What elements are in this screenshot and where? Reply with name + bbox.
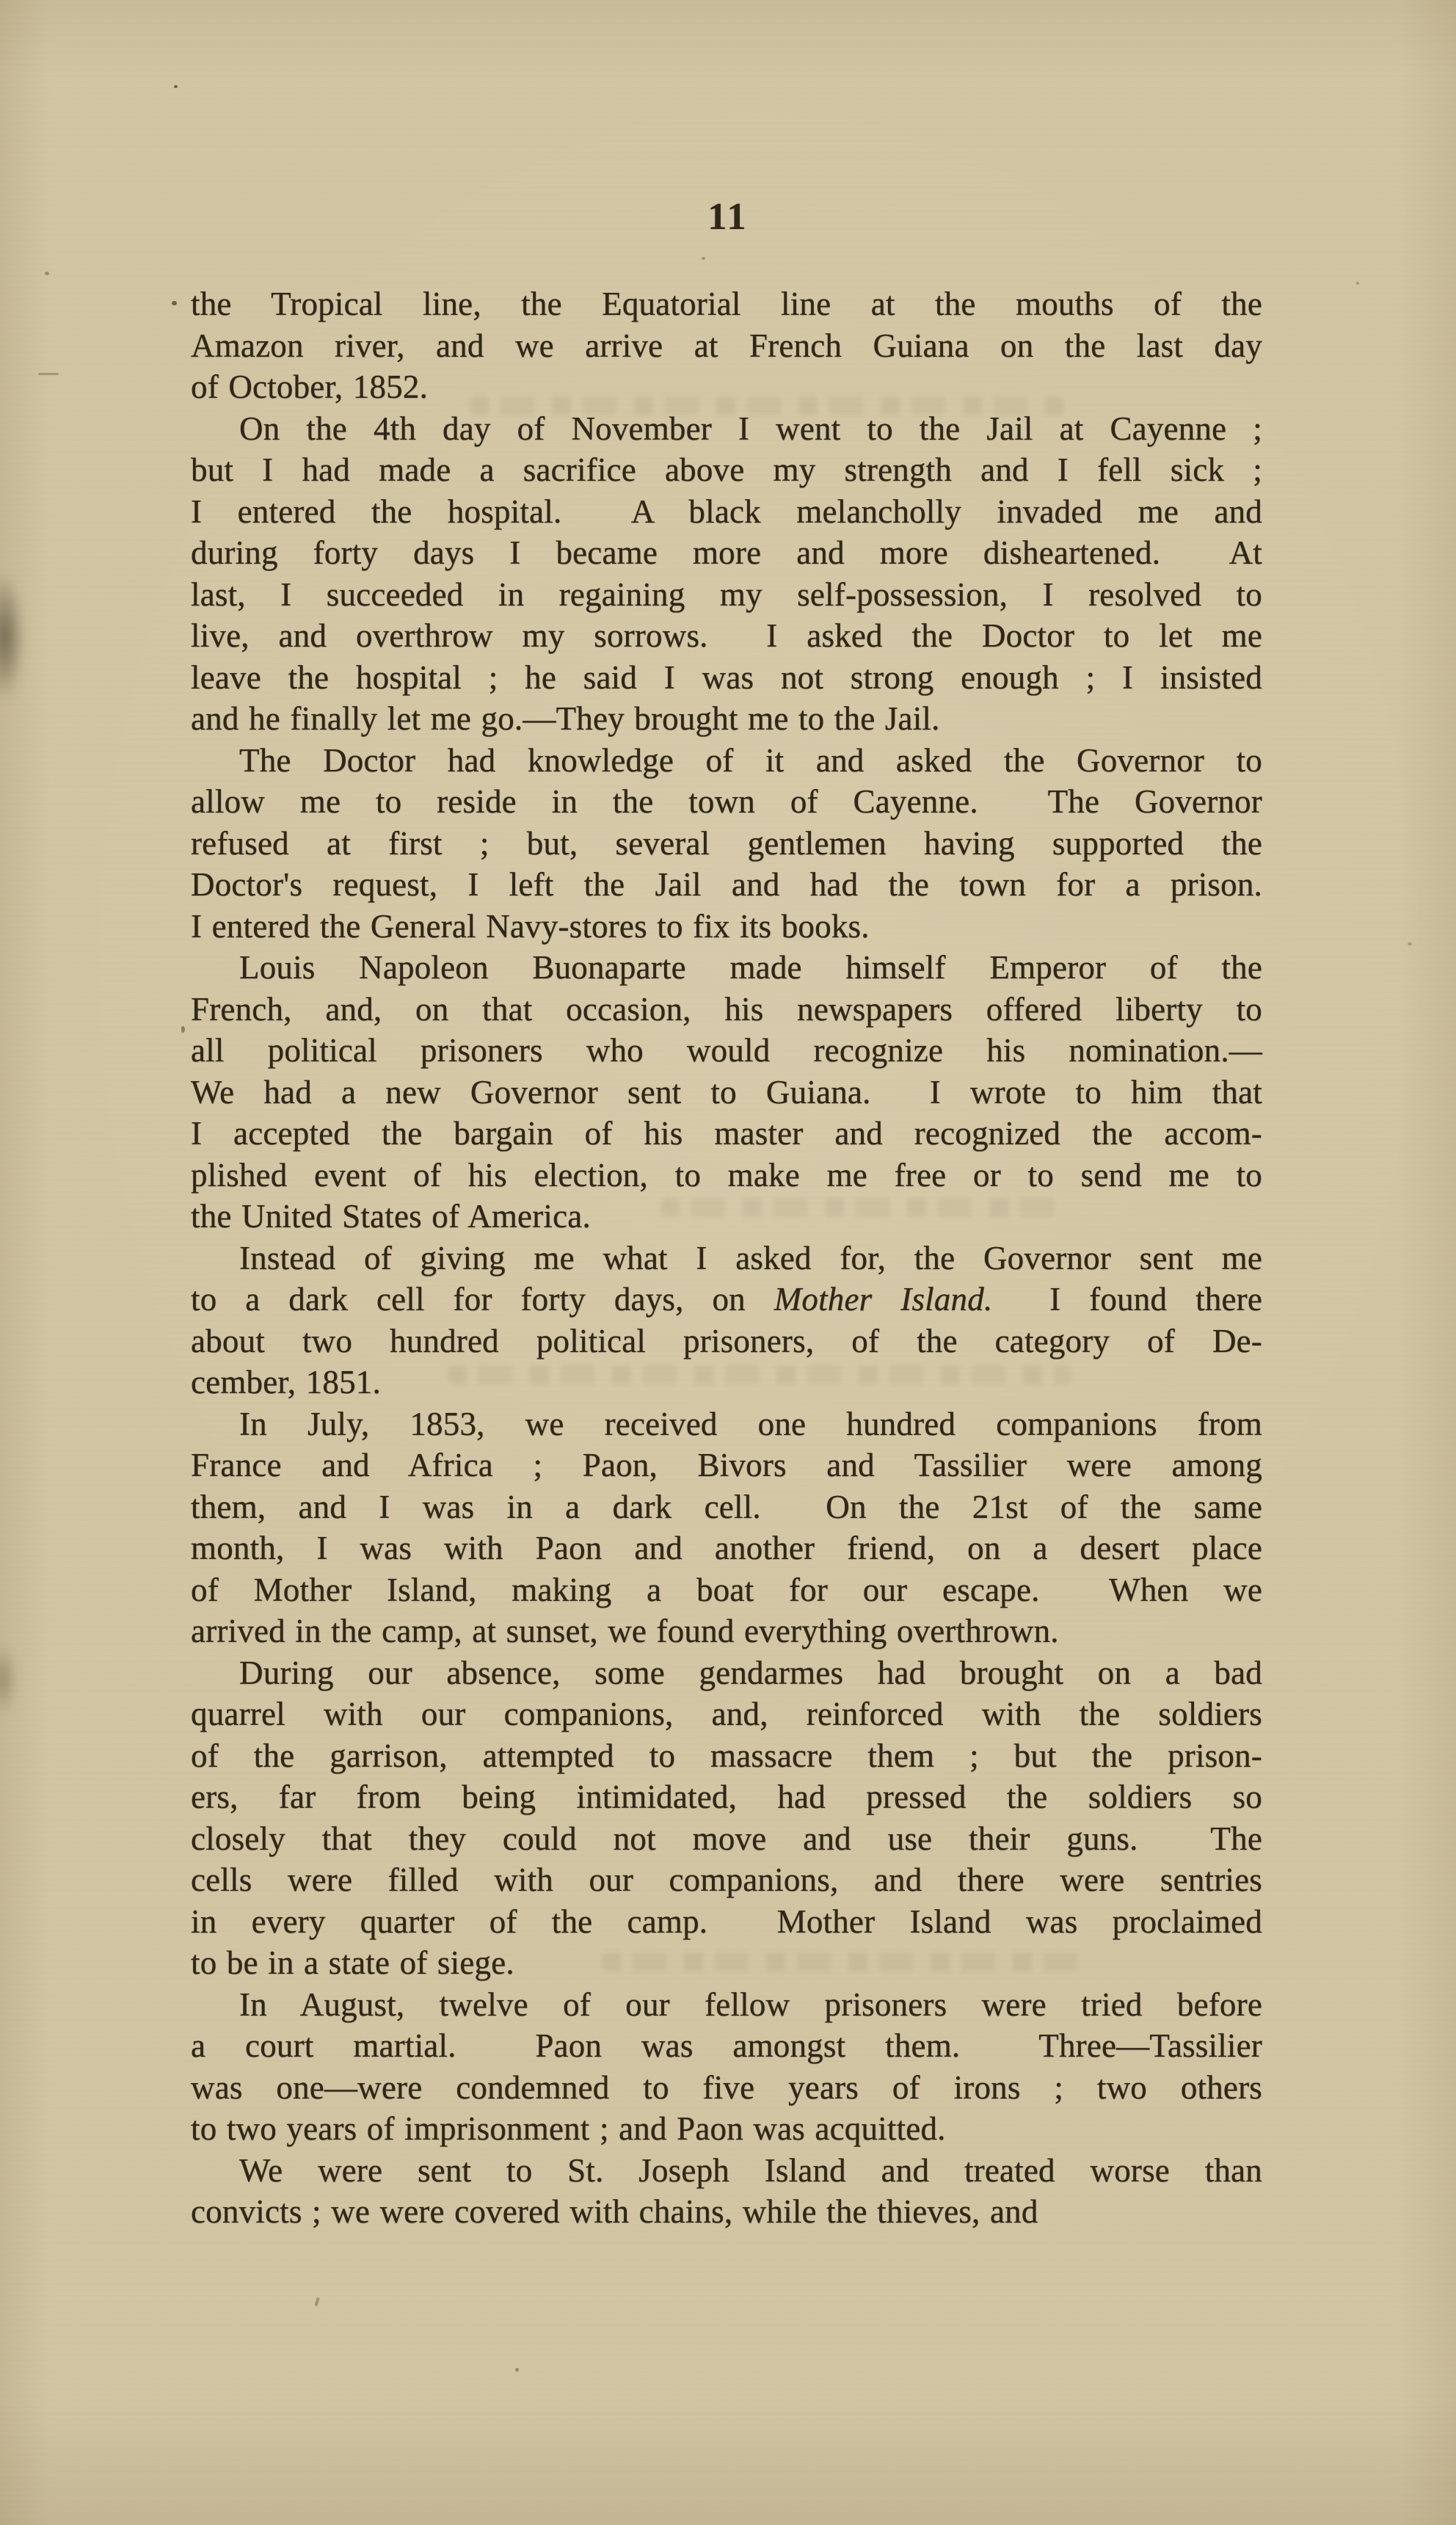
paper-speck	[181, 1026, 185, 1033]
ink-smudge	[0, 571, 25, 703]
text-run: during forty days I became more and more…	[191, 534, 1262, 571]
text-run: quarrel with our companions, and, reinfo…	[191, 1696, 1262, 1732]
text-run: We had a new Governor sent to Guiana. I …	[191, 1074, 1262, 1111]
text-line: cember, 1851.	[191, 1362, 1262, 1403]
text-run: of Mother Island, making a boat for our …	[191, 1572, 1262, 1608]
text-run: the United States of America.	[191, 1198, 591, 1235]
text-line: We had a new Governor sent to Guiana. I …	[191, 1072, 1262, 1113]
text-line: the Tropical line, the Equatorial line a…	[191, 283, 1262, 325]
text-line: Louis Napoleon Buonaparte made himself E…	[191, 947, 1262, 989]
text-run: to a dark cell for forty days, on	[191, 1281, 774, 1318]
text-run: of October, 1852.	[191, 368, 428, 405]
text-run: The Doctor had knowledge of it and asked…	[239, 742, 1262, 779]
text-run: all political prisoners who would recogn…	[191, 1032, 1262, 1069]
text-line: to two years of imprisonment ; and Paon …	[191, 2108, 1262, 2150]
italic-phrase: Mother Island.	[774, 1281, 993, 1318]
text-line: last, I succeeded in regaining my self-p…	[191, 574, 1262, 616]
text-run: leave the hospital ; he said I was not s…	[191, 659, 1262, 696]
text-line: I accepted the bargain of his master and…	[191, 1113, 1262, 1155]
text-line: Doctor's request, I left the Jail and ha…	[191, 864, 1262, 906]
text-run: allow me to reside in the town of Cayenn…	[191, 783, 1262, 820]
text-run: a court martial. Paon was amongst them. …	[191, 2027, 1262, 2064]
paragraph: In August, twelve of our fellow prisoner…	[191, 1984, 1262, 2150]
paragraph: During our absence, some gendarmes had b…	[191, 1652, 1262, 1984]
text-line: to be in a state of siege.	[191, 1942, 1262, 1984]
text-line: was one—were condemned to five years of …	[191, 2067, 1262, 2109]
text-line: the United States of America.	[191, 1196, 1262, 1238]
text-run: to be in a state of siege.	[191, 1944, 514, 1981]
text-line: In July, 1853, we received one hundred c…	[191, 1403, 1262, 1445]
paragraph: The Doctor had knowledge of it and asked…	[191, 740, 1262, 948]
text-line: On the 4th day of November I went to the…	[191, 408, 1262, 450]
paragraph: On the 4th day of November I went to the…	[191, 408, 1262, 740]
text-run: We were sent to St. Joseph Island and tr…	[239, 2152, 1262, 2189]
text-run: I found there	[992, 1281, 1262, 1318]
paper-speck	[314, 2297, 320, 2307]
text-line: them, and I was in a dark cell. On the 2…	[191, 1486, 1262, 1528]
text-line: refused at first ; but, several gentleme…	[191, 823, 1262, 865]
text-run: Doctor's request, I left the Jail and ha…	[191, 866, 1262, 903]
text-line: arrived in the camp, at sunset, we found…	[191, 1610, 1262, 1652]
text-line: During our absence, some gendarmes had b…	[191, 1652, 1262, 1694]
text-run: live, and overthrow my sorrows. I asked …	[191, 617, 1262, 654]
text-run: of the garrison, attempted to massacre t…	[191, 1737, 1262, 1774]
text-run: plished event of his election, to make m…	[191, 1157, 1262, 1194]
text-line: We were sent to St. Joseph Island and tr…	[191, 2150, 1262, 2192]
text-line: closely that they could not move and use…	[191, 1818, 1262, 1860]
text-run: France and Africa ; Paon, Bivors and Tas…	[191, 1447, 1262, 1483]
text-line: ers, far from being intimidated, had pre…	[191, 1776, 1262, 1818]
text-line: in every quarter of the camp. Mother Isl…	[191, 1901, 1262, 1943]
paper-speck	[1356, 282, 1359, 285]
text-run: In July, 1853, we received one hundred c…	[239, 1406, 1262, 1442]
text-line: I entered the hospital. A black melancho…	[191, 491, 1262, 533]
text-line: leave the hospital ; he said I was not s…	[191, 657, 1262, 699]
text-run: month, I was with Paon and another frien…	[191, 1530, 1262, 1566]
text-run: in every quarter of the camp. Mother Isl…	[191, 1903, 1262, 1940]
text-run: During our absence, some gendarmes had b…	[239, 1654, 1262, 1691]
text-run: convicts ; we were covered with chains, …	[191, 2193, 1038, 2230]
text-line: live, and overthrow my sorrows. I asked …	[191, 615, 1262, 657]
text-run: Amazon river, and we arrive at French Gu…	[191, 327, 1262, 364]
text-run: was one—were condemned to five years of …	[191, 2069, 1262, 2106]
scanned-book-page: 11 the Tropical line, the Equatorial lin…	[0, 0, 1456, 2525]
text-run: last, I succeeded in regaining my self-p…	[191, 576, 1262, 613]
text-run: I entered the General Navy-stores to fix…	[191, 908, 870, 945]
text-run: On the 4th day of November I went to the…	[239, 410, 1262, 447]
text-run: I accepted the bargain of his master and…	[191, 1115, 1262, 1152]
text-line: all political prisoners who would recogn…	[191, 1030, 1262, 1072]
text-run: the Tropical line, the Equatorial line a…	[191, 286, 1262, 322]
paper-speck	[45, 272, 49, 275]
text-line: and he finally let me go.—They brought m…	[191, 698, 1262, 740]
text-run: them, and I was in a dark cell. On the 2…	[191, 1489, 1262, 1525]
paper-speck	[174, 85, 178, 88]
text-run: French, and, on that occasion, his newsp…	[191, 991, 1262, 1028]
paragraph: the Tropical line, the Equatorial line a…	[191, 283, 1262, 408]
text-line: quarrel with our companions, and, reinfo…	[191, 1693, 1262, 1735]
text-line: Amazon river, and we arrive at French Gu…	[191, 325, 1262, 367]
paper-speck	[172, 301, 177, 305]
text-line: to a dark cell for forty days, on Mother…	[191, 1279, 1262, 1320]
text-run: about two hundred political prisoners, o…	[191, 1323, 1262, 1359]
paper-speck	[702, 257, 705, 260]
text-line: of Mother Island, making a boat for our …	[191, 1569, 1262, 1611]
text-line: plished event of his election, to make m…	[191, 1155, 1262, 1196]
text-run: but I had made a sacrifice above my stre…	[191, 451, 1262, 488]
text-line: about two hundred political prisoners, o…	[191, 1320, 1262, 1362]
paragraph: In July, 1853, we received one hundred c…	[191, 1403, 1262, 1652]
paragraph: Louis Napoleon Buonaparte made himself E…	[191, 947, 1262, 1238]
page-text-block: the Tropical line, the Equatorial line a…	[191, 283, 1262, 2233]
text-run: Instead of giving me what I asked for, t…	[239, 1240, 1262, 1276]
text-line: French, and, on that occasion, his newsp…	[191, 989, 1262, 1031]
text-line: convicts ; we were covered with chains, …	[191, 2191, 1262, 2233]
text-line: In August, twelve of our fellow prisoner…	[191, 1984, 1262, 2026]
ink-smudge	[0, 1643, 18, 1716]
text-run: ers, far from being intimidated, had pre…	[191, 1779, 1262, 1815]
text-line: of the garrison, attempted to massacre t…	[191, 1735, 1262, 1777]
text-line: month, I was with Paon and another frien…	[191, 1527, 1262, 1569]
text-run: cember, 1851.	[191, 1364, 381, 1400]
text-line: a court martial. Paon was amongst them. …	[191, 2025, 1262, 2067]
text-line: cells were filled with our companions, a…	[191, 1859, 1262, 1901]
text-run: to two years of imprisonment ; and Paon …	[191, 2110, 946, 2147]
text-run: I entered the hospital. A black melancho…	[191, 493, 1262, 530]
paper-speck	[515, 2368, 519, 2372]
text-run: Louis Napoleon Buonaparte made himself E…	[239, 949, 1262, 986]
text-line: allow me to reside in the town of Cayenn…	[191, 781, 1262, 823]
text-run: In August, twelve of our fellow prisoner…	[239, 1986, 1262, 2023]
text-line: of October, 1852.	[191, 366, 1262, 408]
text-line: but I had made a sacrifice above my stre…	[191, 449, 1262, 491]
page-number: 11	[0, 195, 1456, 239]
paper-speck	[1408, 942, 1412, 945]
text-line: during forty days I became more and more…	[191, 532, 1262, 574]
text-run: cells were filled with our companions, a…	[191, 1861, 1262, 1898]
text-line: I entered the General Navy-stores to fix…	[191, 906, 1262, 948]
paper-speck	[38, 373, 59, 375]
text-run: and he finally let me go.—They brought m…	[191, 700, 940, 737]
text-run: arrived in the camp, at sunset, we found…	[191, 1613, 1059, 1649]
text-line: France and Africa ; Paon, Bivors and Tas…	[191, 1445, 1262, 1486]
text-run: closely that they could not move and use…	[191, 1820, 1262, 1857]
text-run: refused at first ; but, several gentleme…	[191, 825, 1262, 862]
paragraph: Instead of giving me what I asked for, t…	[191, 1238, 1262, 1403]
paragraph: We were sent to St. Joseph Island and tr…	[191, 2150, 1262, 2233]
text-line: The Doctor had knowledge of it and asked…	[191, 740, 1262, 782]
text-line: Instead of giving me what I asked for, t…	[191, 1238, 1262, 1279]
